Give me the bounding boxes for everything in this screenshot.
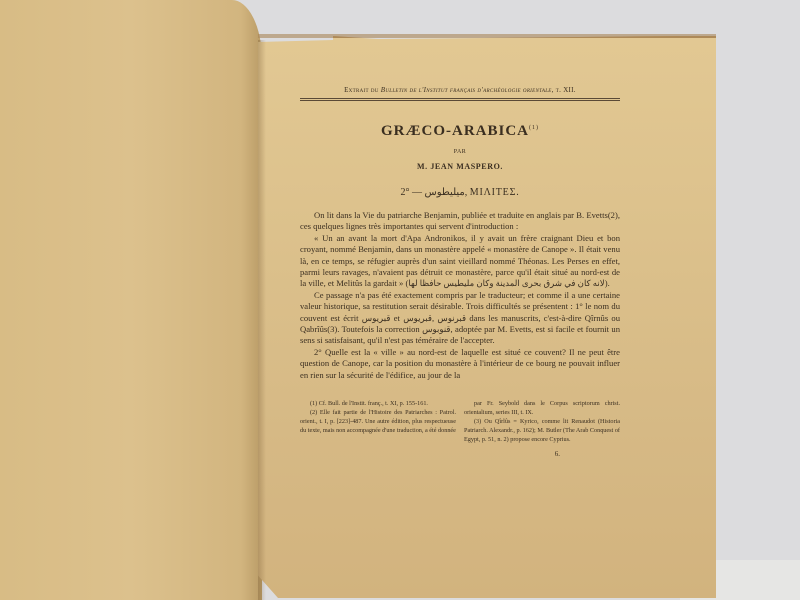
- left-page-blank: [0, 0, 262, 600]
- footnote: (3) Ou Qîrlûs = Kyrico, comme lit Renaud…: [464, 417, 620, 444]
- running-head: Extrait du Bulletin de l'Institut frança…: [300, 86, 620, 98]
- paragraph: 2° Quelle est la « ville » au nord-est d…: [300, 347, 620, 381]
- header-rule: [300, 98, 620, 101]
- running-head-journal: Bulletin de l'Institut français d'archéo…: [381, 86, 552, 94]
- body-text: On lit dans la Vie du patriarche Benjami…: [300, 210, 620, 381]
- footnotes-right-column: par Fr. Seybold dans le Corpus scriptoru…: [464, 399, 620, 444]
- page-content: Extrait du Bulletin de l'Institut frança…: [300, 86, 620, 458]
- footnotes-left-column: (1) Cf. Bull. de l'Instit. franç., t. XI…: [300, 399, 456, 444]
- paragraph: « Un an avant la mort d'Apa Andronikos, …: [300, 233, 620, 290]
- byline-par: PAR: [300, 149, 620, 155]
- paragraph: On lit dans la Vie du patriarche Benjami…: [300, 210, 620, 233]
- footnote: par Fr. Seybold dans le Corpus scriptoru…: [464, 399, 620, 417]
- article-title: GRÆCO-ARABICA(1): [300, 123, 620, 140]
- author-name: M. JEAN MASPERO.: [300, 162, 620, 171]
- paragraph: Ce passage n'a pas été exactement compri…: [300, 290, 620, 347]
- footnote: (1) Cf. Bull. de l'Instit. franç., t. XI…: [300, 399, 456, 408]
- title-footnote-mark: (1): [529, 125, 539, 131]
- running-head-volume: , t. XII.: [552, 86, 576, 94]
- footnotes: (1) Cf. Bull. de l'Instit. franç., t. XI…: [300, 399, 620, 444]
- footnote: (2) Elle fait partie de l'Histoire des P…: [300, 408, 456, 435]
- running-head-prefix: Extrait du: [344, 86, 379, 94]
- signature-mark: 6.: [300, 450, 620, 458]
- title-text: GRÆCO-ARABICA: [381, 123, 529, 139]
- section-heading: 2° — ميليطوس, ΜΙΛΙΤΕΣ.: [300, 187, 620, 198]
- spine-shadow: [258, 40, 266, 600]
- page-top-edge: [258, 34, 716, 38]
